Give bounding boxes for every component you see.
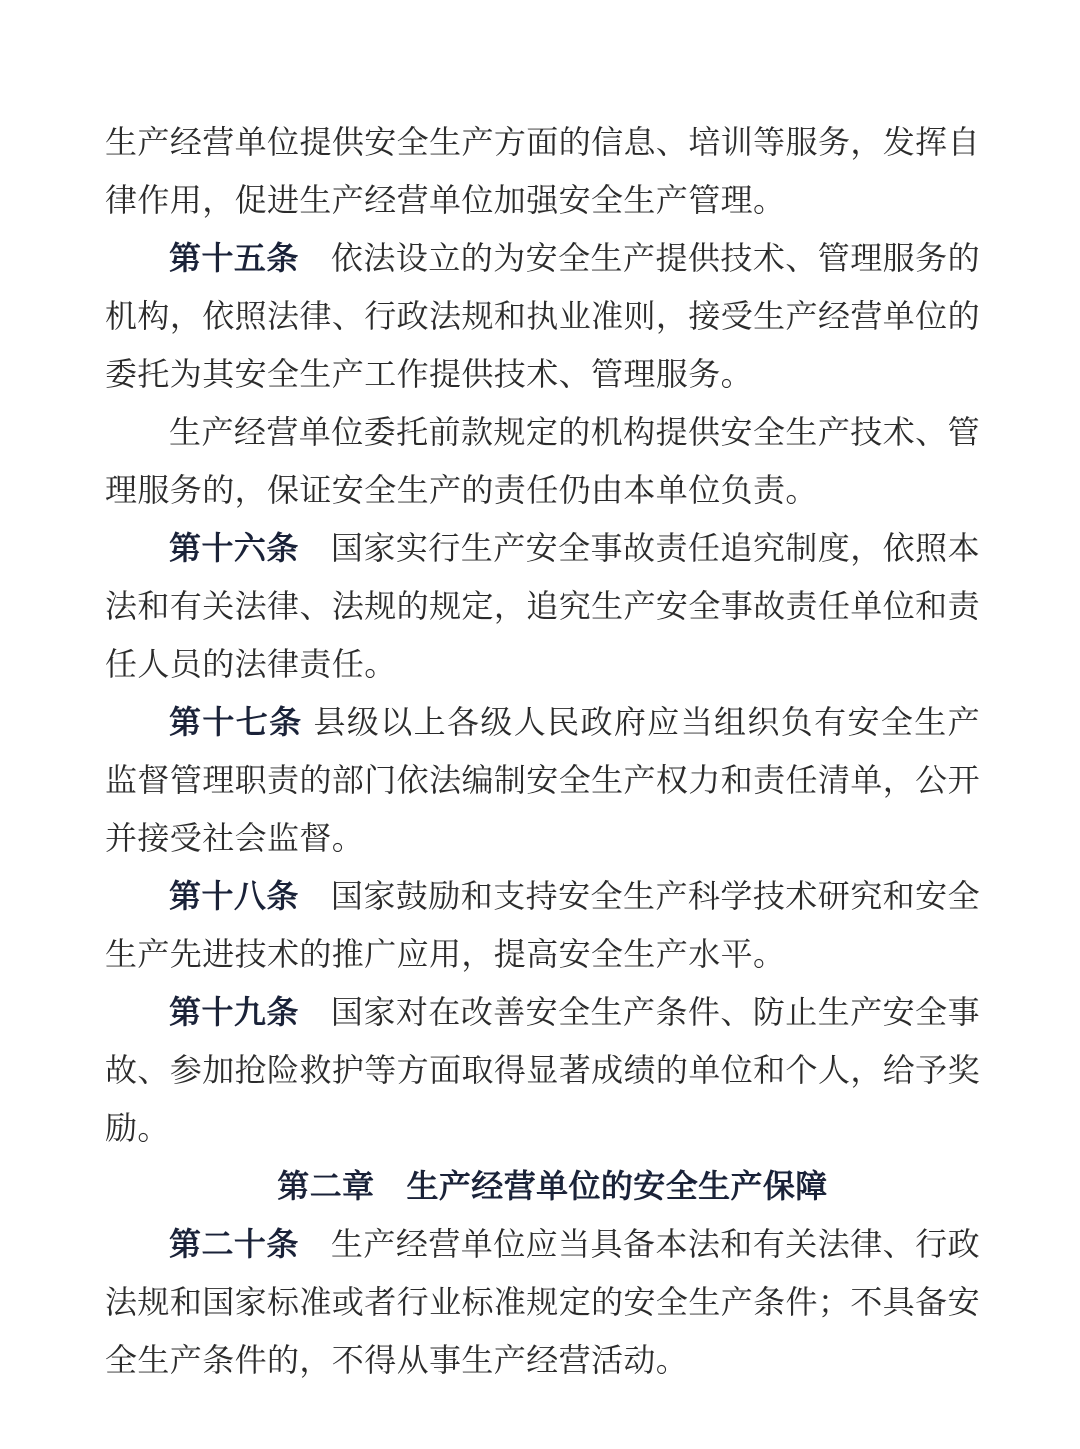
article-15-paragraph-2: 生产经营单位委托前款规定的机构提供安全生产技术、管理服务的，保证安全生产的责任仍… [105,403,980,519]
article-20: 第二十条生产经营单位应当具备本法和有关法律、行政法规和国家标准或者行业标准规定的… [105,1215,980,1389]
article-16: 第十六条国家实行生产安全事故责任追究制度，依照本法和有关法律、法规的规定，追究生… [105,519,980,693]
document-page: 生产经营单位提供安全生产方面的信息、培训等服务，发挥自律作用，促进生产经营单位加… [105,113,980,1389]
article-label: 第二十条 [169,1225,299,1263]
article-18: 第十八条国家鼓励和支持安全生产科学技术研究和安全生产先进技术的推广应用，提高安全… [105,867,980,983]
chapter-heading: 第二章生产经营单位的安全生产保障 [105,1157,980,1215]
article-19: 第十九条国家对在改善安全生产条件、防止生产安全事故、参加抢险救护等方面取得显著成… [105,983,980,1157]
article-label: 第十七条 [169,703,303,741]
article-label: 第十六条 [169,529,299,567]
chapter-number: 第二章 [277,1167,374,1205]
article-label: 第十九条 [169,993,299,1031]
article-17: 第十七条县级以上各级人民政府应当组织负有安全生产监督管理职责的部门依法编制安全生… [105,693,980,867]
article-label: 第十五条 [169,239,299,277]
article-label: 第十八条 [169,877,299,915]
article-15: 第十五条依法设立的为安全生产提供技术、管理服务的机构，依照法律、行政法规和执业准… [105,229,980,403]
chapter-title: 生产经营单位的安全生产保障 [407,1167,828,1205]
continuation-paragraph: 生产经营单位提供安全生产方面的信息、培训等服务，发挥自律作用，促进生产经营单位加… [105,113,980,229]
